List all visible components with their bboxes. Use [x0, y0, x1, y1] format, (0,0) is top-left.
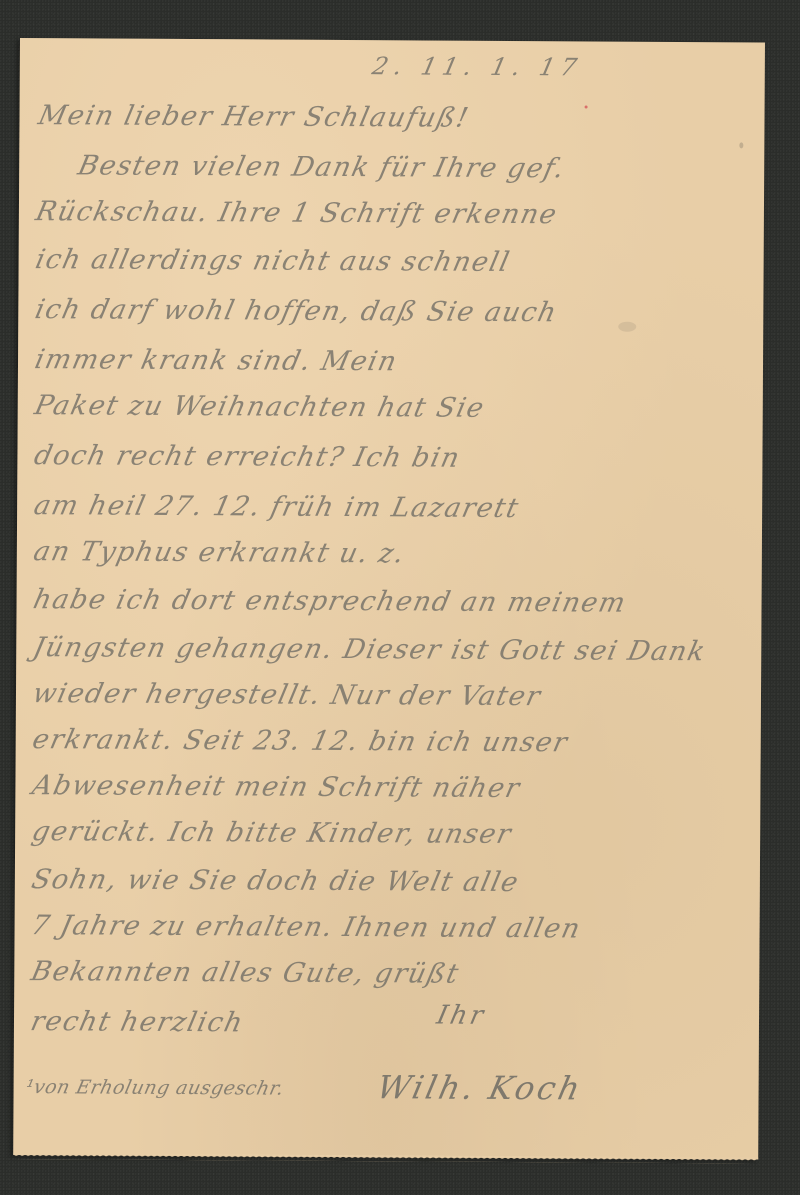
body-line-11: Jüngsten gehangen. Dieser ist Gott sei D…: [30, 632, 709, 667]
body-line-18: Bekannten alles Gute, grüßt: [28, 956, 462, 990]
body-line-10: habe ich dort entsprechend an meinem: [30, 584, 629, 619]
closing-initial: Ihr: [434, 1001, 489, 1031]
salutation: Mein lieber Herr Schlaufuß!: [35, 100, 472, 134]
body-line-7: doch recht erreicht? Ich bin: [31, 440, 463, 474]
postcard: 2. 11. 1. 17 Mein lieber Herr Schlaufuß!…: [13, 38, 765, 1160]
body-line-9: an Typhus erkrankt u. z.: [31, 536, 408, 569]
body-line-19: recht herzlich: [28, 1006, 247, 1038]
body-line-15: gerückt. Ich bitte Kinder, unser: [29, 816, 515, 850]
body-line-13: erkrankt. Seit 23. 12. bin ich unser: [30, 724, 572, 758]
body-line-6: Paket zu Weihnachten hat Sie: [32, 390, 488, 424]
date-line: 2. 11. 1. 17: [370, 52, 586, 81]
body-line-3: ich allerdings nicht aus schnell: [33, 244, 514, 278]
signature: Wilh. Koch: [373, 1068, 586, 1107]
body-line-8: am heil 27. 12. früh im Lazarett: [31, 490, 522, 524]
body-line-12: wieder hergestellt. Nur der Vater: [30, 678, 544, 712]
body-line-16: Sohn, wie Sie doch die Welt alle: [29, 864, 523, 898]
body-line-1: Besten vielen Dank für Ihre gef.: [75, 150, 568, 184]
body-line-4: ich darf wohl hoffen, daß Sie auch: [32, 294, 560, 328]
body-line-2: Rückschau. Ihre 1 Schrift erkenne: [33, 196, 561, 230]
body-line-17: 7 Jahre zu erhalten. Ihnen und allen: [28, 910, 584, 944]
footnote: ¹von Erholung ausgeschr.: [24, 1076, 287, 1100]
edge-smudge: [739, 142, 743, 148]
body-line-14: Abwesenheit mein Schrift näher: [29, 770, 523, 804]
body-line-5: immer krank sind. Mein: [32, 344, 401, 377]
stamp-ghost: [618, 322, 636, 332]
red-mark: [585, 105, 588, 108]
